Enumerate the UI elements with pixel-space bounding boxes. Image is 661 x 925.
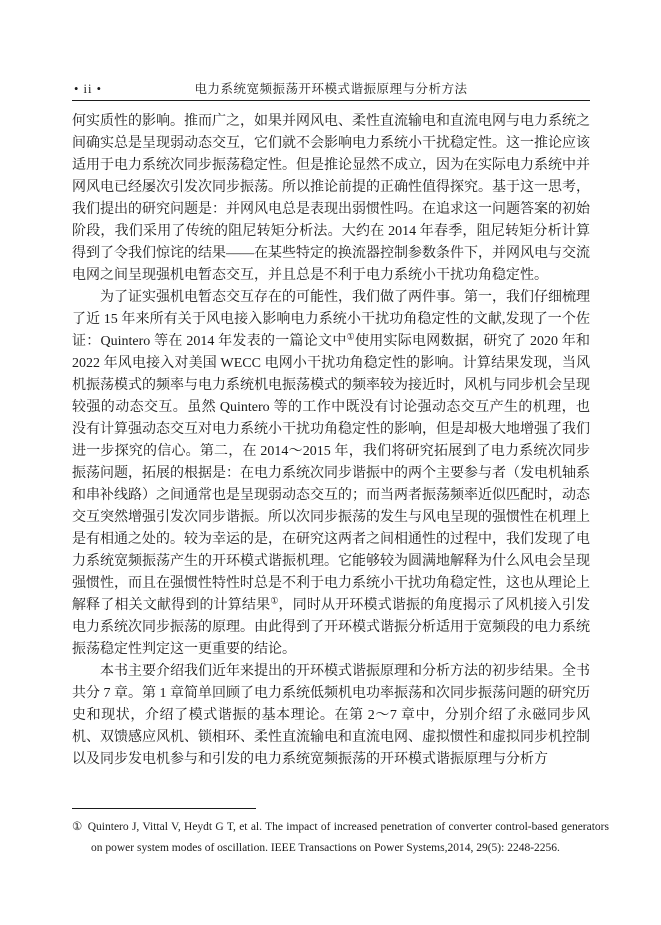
running-title: 电力系统宽频振荡开环模式谐振原理与分析方法 [72,81,590,98]
paragraph: 何实质性的影响。推而广之，如果并网风电、柔性直流输电和直流电网与电力系统之间确实… [72,111,590,287]
footnote-reference-mark: ① [347,331,355,341]
footnote-text: Quintero J, Vittal V, Heydt G T, et al. … [88,821,609,854]
paragraph: 本书主要介绍我们近年来提出的开环模式谐振原理和分析方法的初步结果。全书共分 7 … [72,661,590,771]
paragraph-text: 本书主要介绍我们近年来提出的开环模式谐振原理和分析方法的初步结果。全书共分 7 … [72,664,590,767]
paragraph-text: 何实质性的影响。推而广之，如果并网风电、柔性直流输电和直流电网与电力系统之间确实… [72,114,590,283]
paragraph: 为了证实强机电暂态交互存在的可能性，我们做了两件事。第一，我们仔细梳理了近 15… [72,287,590,661]
paragraph-text: 使用实际电网数据，研究了 2020 年和 2022 年风电接入对美国 WECC … [72,334,590,613]
page-header: • ii • 电力系统宽频振荡开环模式谐振原理与分析方法 [72,81,590,98]
footnote-reference-mark: ① [270,595,278,605]
page-number: • ii • [74,81,102,98]
footnote: ①Quintero J, Vittal V, Heydt G T, et al.… [72,817,609,859]
footnote-marker: ① [72,821,83,833]
footnote-rule [72,808,256,809]
body-paragraphs: 何实质性的影响。推而广之，如果并网风电、柔性直流输电和直流电网与电力系统之间确实… [72,111,590,771]
header-rule [72,100,590,101]
book-page: • ii • 电力系统宽频振荡开环模式谐振原理与分析方法 何实质性的影响。推而广… [0,0,661,925]
